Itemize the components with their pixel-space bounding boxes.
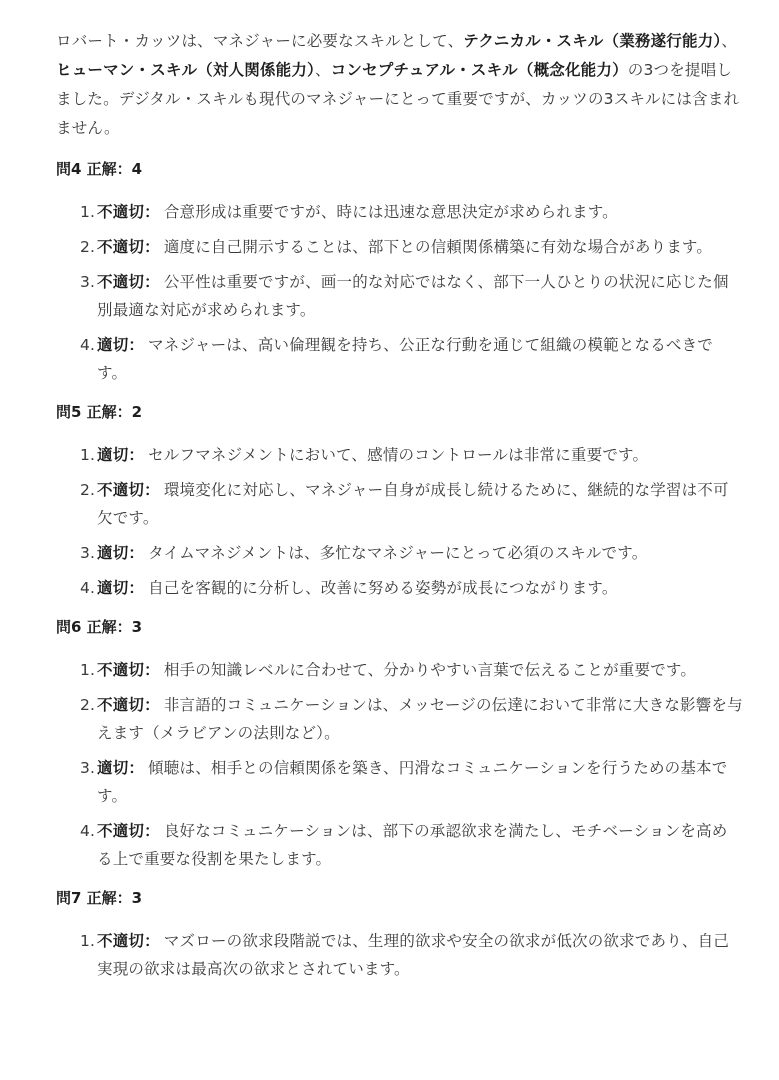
question-heading: 問4 正解：4	[56, 158, 743, 180]
verdict-label: 不適切	[97, 661, 144, 679]
colon: ：	[144, 238, 160, 256]
item-number: 1.	[80, 656, 97, 684]
item-number: 3.	[80, 268, 97, 296]
intro-text: 、	[721, 32, 737, 50]
question-heading: 問7 正解：3	[56, 887, 743, 909]
verdict-label: 不適切	[97, 273, 144, 291]
colon: ：	[128, 579, 144, 597]
verdict-label: 不適切	[97, 238, 144, 256]
list-item: 1.不適切：マズローの欲求段階説では、生理的欲求や安全の欲求が低次の欲求であり、…	[56, 927, 743, 983]
verdict-label: 不適切	[97, 203, 144, 221]
list-item: 1.不適切：合意形成は重要ですが、時には迅速な意思決定が求められます。	[56, 198, 743, 226]
item-number: 1.	[80, 927, 97, 955]
list-item: 3.不適切：公平性は重要ですが、画一的な対応ではなく、部下一人ひとりの状況に応じ…	[56, 268, 743, 324]
intro-paragraph: ロバート・カッツは、マネジャーに必要なスキルとして、テクニカル・スキル（業務遂行…	[56, 27, 743, 143]
colon: ：	[144, 661, 160, 679]
item-text: 相手の知識レベルに合わせて、分かりやすい言葉で伝えることが重要です。	[164, 661, 696, 679]
answer-list: 1.不適切：相手の知識レベルに合わせて、分かりやすい言葉で伝えることが重要です。…	[56, 656, 743, 873]
list-item: 3.適切：タイムマネジメントは、多忙なマネジャーにとって必須のスキルです。	[56, 539, 743, 567]
list-item: 2.不適切：非言語的コミュニケーションは、メッセージの伝達において非常に大きな影…	[56, 691, 743, 747]
item-text: 傾聴は、相手との信頼関係を築き、円滑なコミュニケーションを行うための基本です。	[97, 759, 727, 805]
item-text: 適度に自己開示することは、部下との信頼関係構築に有効な場合があります。	[164, 238, 712, 256]
item-number: 4.	[80, 331, 97, 359]
item-text: 非言語的コミュニケーションは、メッセージの伝達において非常に大きな影響を与えます…	[97, 696, 743, 742]
verdict-label: 不適切	[97, 822, 144, 840]
list-item: 1.不適切：相手の知識レベルに合わせて、分かりやすい言葉で伝えることが重要です。	[56, 656, 743, 684]
list-item: 2.不適切：適度に自己開示することは、部下との信頼関係構築に有効な場合があります…	[56, 233, 743, 261]
answer-list: 1.不適切：合意形成は重要ですが、時には迅速な意思決定が求められます。 2.不適…	[56, 198, 743, 387]
question-5-section: 問5 正解：2 1.適切：セルフマネジメントにおいて、感情のコントロールは非常に…	[56, 401, 743, 602]
item-number: 3.	[80, 539, 97, 567]
verdict-label: 不適切	[97, 481, 144, 499]
answer-list: 1.適切：セルフマネジメントにおいて、感情のコントロールは非常に重要です。 2.…	[56, 441, 743, 602]
colon: ：	[128, 336, 144, 354]
item-number: 3.	[80, 754, 97, 782]
colon: ：	[128, 759, 144, 777]
item-text: 合意形成は重要ですが、時には迅速な意思決定が求められます。	[164, 203, 618, 221]
verdict-label: 適切	[97, 579, 128, 597]
verdict-label: 適切	[97, 759, 128, 777]
item-text: 良好なコミュニケーションは、部下の承認欲求を満たし、モチベーションを高める上で重…	[97, 822, 727, 868]
verdict-label: 適切	[97, 446, 128, 464]
item-number: 4.	[80, 817, 97, 845]
answer-list: 1.不適切：マズローの欲求段階説では、生理的欲求や安全の欲求が低次の欲求であり、…	[56, 927, 743, 983]
item-text: 公平性は重要ですが、画一的な対応ではなく、部下一人ひとりの状況に応じた個別最適な…	[97, 273, 729, 319]
item-number: 4.	[80, 574, 97, 602]
item-number: 1.	[80, 441, 97, 469]
list-item: 3.適切：傾聴は、相手との信頼関係を築き、円滑なコミュニケーションを行うための基…	[56, 754, 743, 810]
intro-bold-conceptual-skill: コンセプチュアル・スキル（概念化能力）	[331, 61, 628, 79]
colon: ：	[144, 932, 160, 950]
colon: ：	[144, 481, 160, 499]
list-item: 4.適切：自己を客観的に分析し、改善に努める姿勢が成長につながります。	[56, 574, 743, 602]
item-text: 環境変化に対応し、マネジャー自身が成長し続けるために、継続的な学習は不可欠です。	[97, 481, 729, 527]
item-number: 2.	[80, 233, 97, 261]
item-number: 1.	[80, 198, 97, 226]
intro-text: 、	[315, 61, 331, 79]
colon: ：	[128, 446, 144, 464]
colon: ：	[128, 544, 144, 562]
item-number: 2.	[80, 691, 97, 719]
list-item: 4.適切：マネジャーは、高い倫理観を持ち、公正な行動を通じて組織の模範となるべき…	[56, 331, 743, 387]
question-4-section: 問4 正解：4 1.不適切：合意形成は重要ですが、時には迅速な意思決定が求められ…	[56, 158, 743, 387]
intro-bold-technical-skill: テクニカル・スキル（業務遂行能力）	[463, 32, 721, 50]
item-text: 自己を客観的に分析し、改善に努める姿勢が成長につながります。	[148, 579, 617, 597]
list-item: 1.適切：セルフマネジメントにおいて、感情のコントロールは非常に重要です。	[56, 441, 743, 469]
item-text: マネジャーは、高い倫理観を持ち、公正な行動を通じて組織の模範となるべきです。	[97, 336, 713, 382]
question-6-section: 問6 正解：3 1.不適切：相手の知識レベルに合わせて、分かりやすい言葉で伝える…	[56, 616, 743, 873]
verdict-label: 不適切	[97, 932, 144, 950]
question-heading: 問5 正解：2	[56, 401, 743, 423]
colon: ：	[144, 822, 160, 840]
question-7-section: 問7 正解：3 1.不適切：マズローの欲求段階説では、生理的欲求や安全の欲求が低…	[56, 887, 743, 983]
colon: ：	[144, 273, 160, 291]
verdict-label: 適切	[97, 336, 128, 354]
answer-explanation-document: ロバート・カッツは、マネジャーに必要なスキルとして、テクニカル・スキル（業務遂行…	[0, 0, 779, 983]
list-item: 2.不適切：環境変化に対応し、マネジャー自身が成長し続けるために、継続的な学習は…	[56, 476, 743, 532]
colon: ：	[144, 696, 160, 714]
colon: ：	[144, 203, 160, 221]
intro-text: ロバート・カッツは、マネジャーに必要なスキルとして、	[56, 32, 463, 50]
verdict-label: 不適切	[97, 696, 144, 714]
verdict-label: 適切	[97, 544, 128, 562]
item-text: マズローの欲求段階説では、生理的欲求や安全の欲求が低次の欲求であり、自己実現の欲…	[97, 932, 729, 978]
item-number: 2.	[80, 476, 97, 504]
question-heading: 問6 正解：3	[56, 616, 743, 638]
list-item: 4.不適切：良好なコミュニケーションは、部下の承認欲求を満たし、モチベーションを…	[56, 817, 743, 873]
intro-bold-human-skill: ヒューマン・スキル（対人関係能力）	[56, 61, 315, 79]
item-text: タイムマネジメントは、多忙なマネジャーにとって必須のスキルです。	[148, 544, 647, 562]
item-text: セルフマネジメントにおいて、感情のコントロールは非常に重要です。	[148, 446, 648, 464]
